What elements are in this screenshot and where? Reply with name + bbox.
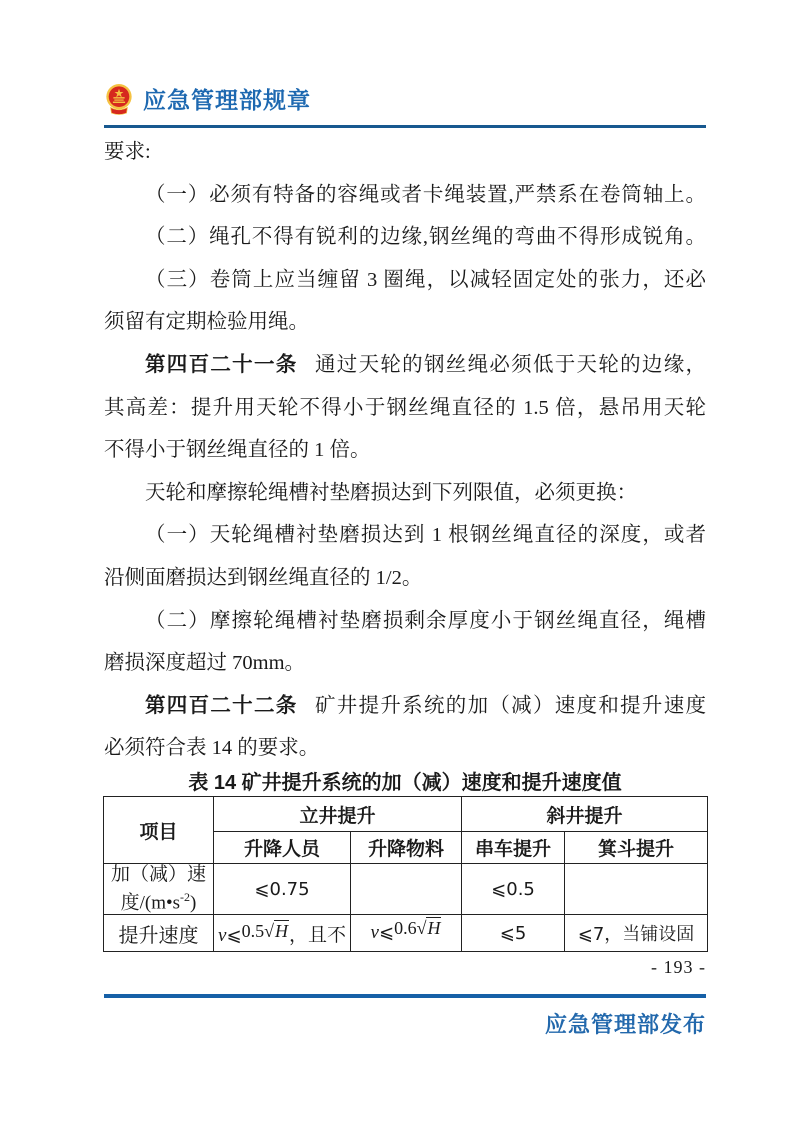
col-header-person: 升降人员	[214, 832, 351, 864]
cell-accel-car: ⩽0.5	[462, 864, 565, 915]
cell-speed-material: v⩽0.6√H	[351, 915, 462, 952]
cell-accel-skip	[565, 864, 708, 915]
body-line: 须留有定期检验用绳。	[104, 301, 706, 344]
cell-speed-skip: ⩽7，当铺设固	[565, 915, 708, 952]
body-line: 磨损深度超过 70mm。	[104, 642, 706, 685]
row-label-speed: 提升速度	[104, 915, 214, 952]
col-header-skip: 箕斗提升	[565, 832, 708, 864]
header-title: 应急管理部规章	[143, 82, 311, 115]
body-line-article-422: 第四百二十二条矿井提升系统的加（减）速度和提升速度	[104, 685, 706, 728]
page-header: 应急管理部规章	[104, 82, 706, 115]
col-header-car: 串车提升	[462, 832, 565, 864]
table-caption: 表 14 矿井提升系统的加（减）速度和提升速度值	[104, 766, 706, 795]
body-line: （一）天轮绳槽衬垫磨损达到 1 根钢丝绳直径的深度，或者	[104, 514, 706, 557]
body-line: 必须符合表 14 的要求。	[104, 727, 706, 770]
body-line: 要求:	[104, 131, 706, 174]
national-emblem-icon	[104, 83, 134, 115]
col-group-inclined-shaft: 斜井提升	[462, 797, 708, 832]
body-line: 沿侧面磨损达到钢丝绳直径的 1/2。	[104, 557, 706, 600]
cell-speed-car: ⩽5	[462, 915, 565, 952]
body-line: （一）必须有特备的容绳或者卡绳装置,严禁系在卷筒轴上。	[104, 174, 706, 217]
table-row-speed: 提升速度 v⩽0.5√H，且不 v⩽0.6√H ⩽5 ⩽7，当铺设固	[104, 915, 708, 952]
body-line: （二）绳孔不得有锐利的边缘,钢丝绳的弯曲不得形成锐角。	[104, 216, 706, 259]
body-line-article-421: 第四百二十一条通过天轮的钢丝绳必须低于天轮的边缘，	[104, 344, 706, 387]
body-line: （三）卷筒上应当缠留 3 圈绳，以减轻固定处的张力，还必	[104, 259, 706, 302]
body-line: （二）摩擦轮绳槽衬垫磨损剩余厚度小于钢丝绳直径，绳槽	[104, 600, 706, 643]
article-number: 第四百二十一条	[145, 353, 298, 376]
header-divider-line	[104, 125, 706, 128]
col-header-material: 升降物料	[351, 832, 462, 864]
cell-accel-person: ⩽0.75	[214, 864, 351, 915]
body-line: 不得小于钢丝绳直径的 1 倍。	[104, 429, 706, 472]
speed-table: 项目 立井提升 斜井提升 升降人员 升降物料 串车提升 箕斗提升 加（减）速 度…	[103, 796, 707, 952]
footer-divider-line	[104, 994, 706, 998]
col-group-vertical-shaft: 立井提升	[214, 797, 462, 832]
cell-speed-person: v⩽0.5√H，且不	[214, 915, 351, 952]
document-page: 应急管理部规章 要求: （一）必须有特备的容绳或者卡绳装置,严禁系在卷筒轴上。 …	[0, 0, 793, 1122]
body-text: 要求: （一）必须有特备的容绳或者卡绳装置,严禁系在卷筒轴上。 （二）绳孔不得有…	[104, 131, 706, 770]
table-row-acceleration: 加（减）速 度/(m•s-2) ⩽0.75 ⩽0.5	[104, 864, 708, 915]
row-label-acceleration: 加（减）速 度/(m•s-2)	[104, 864, 214, 915]
page-number: - 193 -	[104, 957, 706, 978]
col-header-item: 项目	[104, 797, 214, 864]
body-line: 天轮和摩擦轮绳槽衬垫磨损达到下列限值，必须更换：	[104, 472, 706, 515]
cell-accel-material	[351, 864, 462, 915]
body-line: 其高差：提升用天轮不得小于钢丝绳直径的 1.5 倍，悬吊用天轮	[104, 387, 706, 430]
publisher-label: 应急管理部发布	[104, 1008, 706, 1039]
article-number: 第四百二十二条	[145, 694, 298, 717]
